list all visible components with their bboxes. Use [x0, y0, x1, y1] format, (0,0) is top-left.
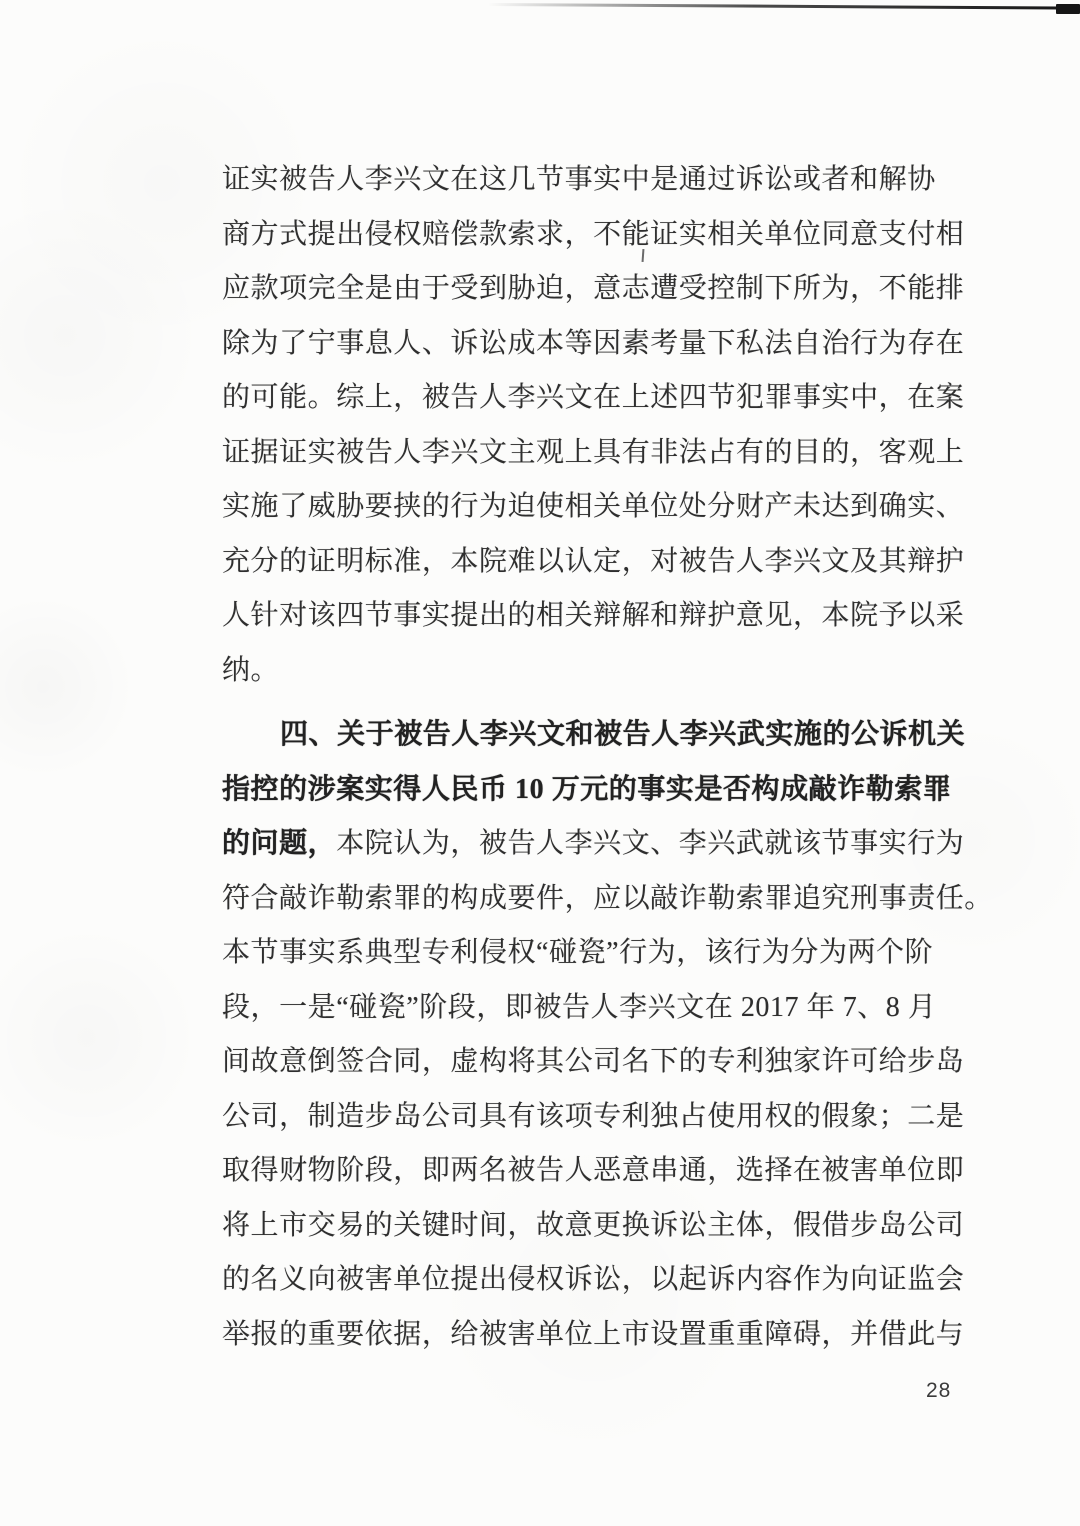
scan-artifact-top-blob [1056, 4, 1080, 14]
text-line: 纳。 [222, 641, 974, 696]
text-line: 符合敲诈勒索罪的构成要件，应以敲诈勒索罪追究刑事责任。 [222, 869, 974, 924]
text-line: 应款项完全是由于受到胁迫，意志遭受控制下所为，不能排 [222, 259, 974, 314]
scan-artifact-top-line [488, 3, 1080, 10]
text-line: 间故意倒签合同，虚构将其公司名下的专利独家许可给步岛 [222, 1032, 974, 1087]
text-line: 取得财物阶段，即两名被告人恶意串通，选择在被害单位即 [222, 1141, 974, 1196]
text-line: 证实被告人李兴文在这几节事实中是通过诉讼或者和解协 [222, 150, 974, 205]
paragraph-2: 四、关于被告人李兴文和被告人李兴武实施的公诉机关 指控的涉案实得人民币 10 万… [222, 705, 974, 1359]
section-heading-tail: 的问题， [222, 821, 336, 861]
text-line: 的名义向被害单位提出侵权诉讼，以起诉内容作为向证监会 [222, 1250, 974, 1305]
paragraph-1: 证实被告人李兴文在这几节事实中是通过诉讼或者和解协 商方式提出侵权赔偿款索求，不… [222, 150, 974, 695]
text-line: 段，一是“碰瓷”阶段，即被告人李兴文在 2017 年 7、8 月 [222, 978, 974, 1033]
text-line: 公司，制造步岛公司具有该项专利独占使用权的假象；二是 [222, 1087, 974, 1142]
scanned-judgment-page: 证实被告人李兴文在这几节事实中是通过诉讼或者和解协 商方式提出侵权赔偿款索求，不… [0, 0, 1080, 1526]
page-number: 28 [926, 1379, 951, 1403]
text-line: 实施了威胁要挟的行为迫使相关单位处分财产未达到确实、 [222, 477, 974, 532]
text-line: 证据证实被告人李兴文主观上具有非法占有的目的，客观上 [222, 423, 974, 478]
judgment-body-text: 证实被告人李兴文在这几节事实中是通过诉讼或者和解协 商方式提出侵权赔偿款索求，不… [222, 150, 974, 1359]
text-line: 商方式提出侵权赔偿款索求，不能证实相关单位同意支付相 [222, 205, 974, 260]
section-heading-line: 指控的涉案实得人民币 10 万元的事实是否构成敲诈勒索罪 [222, 760, 974, 815]
text-line: 除为了宁事息人、诉讼成本等因素考量下私法自治行为存在 [222, 314, 974, 369]
text-line-continuation: 本院认为，被告人李兴文、李兴武就该节事实行为 [336, 821, 964, 861]
text-line: 本节事实系典型专利侵权“碰瓷”行为，该行为分为两个阶 [222, 923, 974, 978]
text-line: 将上市交易的关键时间，故意更换诉讼主体，假借步岛公司 [222, 1196, 974, 1251]
text-line: 的可能。综上，被告人李兴文在上述四节犯罪事实中，在案 [222, 368, 974, 423]
text-line: 举报的重要依据，给被害单位上市设置重重障碍，并借此与 [222, 1305, 974, 1360]
text-line: 充分的证明标准，本院难以认定，对被告人李兴文及其辩护 [222, 532, 974, 587]
text-line: 人针对该四节事实提出的相关辩解和辩护意见，本院予以采 [222, 586, 974, 641]
section-heading-line: 四、关于被告人李兴文和被告人李兴武实施的公诉机关 [222, 705, 974, 760]
text-line: 的问题， 本院认为，被告人李兴文、李兴武就该节事实行为 [222, 814, 974, 869]
